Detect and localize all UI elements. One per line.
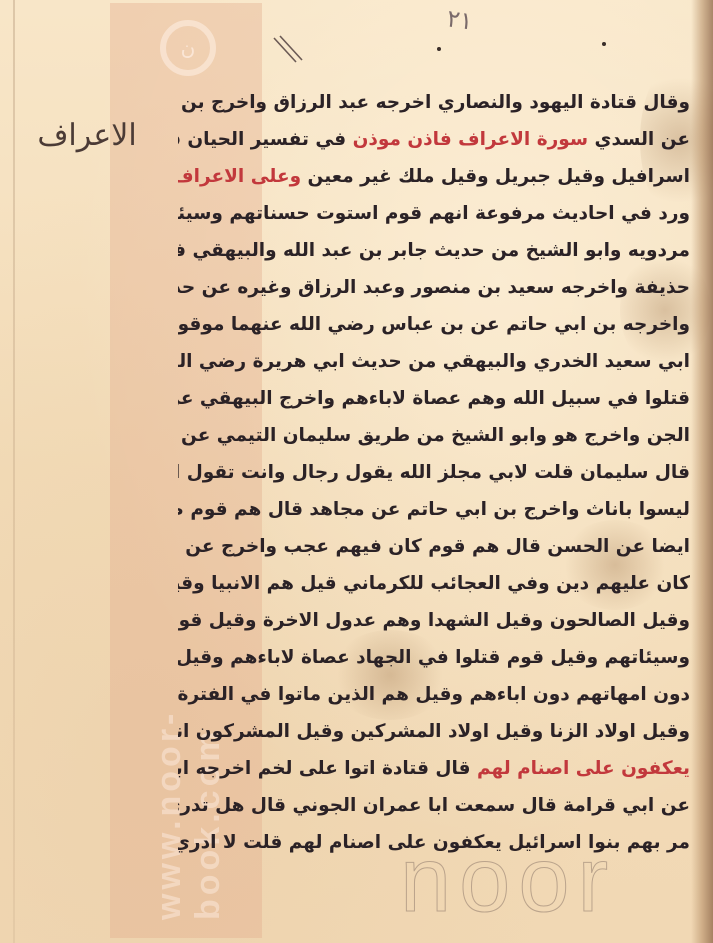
text-line: مردويه وابو الشيخ من حديث جابر بن عبد ال…: [178, 232, 690, 269]
line-text: كان عليهم دين وفي العجائب للكرماني قيل ه…: [178, 573, 690, 594]
text-line: عن السدي سورة الاعراف فاذن موذن في تفسير…: [178, 121, 690, 158]
line-text: الجن واخرج هو وابو الشيخ من طريق سليمان …: [178, 425, 690, 446]
line-text: في تفسير الحيان قيل هو: [178, 129, 353, 150]
line-text: عن السدي: [588, 129, 690, 150]
manuscript-page: ن www.noor-book.com ٢١ الاعراف وقال قتاد…: [0, 0, 713, 943]
line-text: دون امهاتهم دون اباءهم وقيل هم الذين مات…: [178, 684, 690, 705]
text-line: قتلوا في سبيل الله وهم عصاة لاباءهم واخر…: [178, 380, 690, 417]
watermark-logo-glyph: ن: [181, 36, 196, 60]
line-text: عن ابي قرامة قال سمعت ابا عمران الجوني ق…: [178, 795, 690, 816]
text-line: ليسوا باناث واخرج بن ابي حاتم عن مجاهد ق…: [178, 491, 690, 528]
text-line: ابي سعيد الخدري والبيهقي من حديث ابي هري…: [178, 343, 690, 380]
line-text: وسيئاتهم وقيل قوم قتلوا في الجهاد عصاة ل…: [178, 647, 690, 668]
line-text: ابي سعيد الخدري والبيهقي من حديث ابي هري…: [178, 351, 690, 372]
line-text: ليسوا باناث واخرج بن ابي حاتم عن مجاهد ق…: [178, 499, 690, 520]
line-text: ورد في احاديث مرفوعة انهم قوم استوت حسنا…: [178, 203, 690, 224]
line-text: قال سليمان قلت لابي مجلز الله يقول رجال …: [178, 462, 690, 483]
folio-number: ٢١: [445, 4, 474, 35]
ink-dot: [437, 47, 441, 51]
rubric-text: سورة الاعراف فاذن موذن: [353, 129, 588, 150]
text-line: اسرافيل وقيل جبريل وقيل ملك غير معين وعل…: [178, 158, 690, 195]
text-line: كان عليهم دين وفي العجائب للكرماني قيل ه…: [178, 565, 690, 602]
manuscript-text-block: وقال قتادة اليهود والنصاري اخرجه عبد الر…: [178, 84, 690, 861]
pen-marks-icon: [270, 32, 310, 72]
line-text: ايضا عن الحسن قال هم قوم كان فيهم عجب وا…: [178, 536, 690, 557]
line-text: مردويه وابو الشيخ من حديث جابر بن عبد ال…: [178, 240, 690, 261]
page-edge-shadow: [691, 0, 713, 943]
rubric-text: يعكفون على اصنام لهم: [477, 758, 690, 779]
text-line: ورد في احاديث مرفوعة انهم قوم استوت حسنا…: [178, 195, 690, 232]
rubric-text: وعلى الاعراف رجال: [178, 166, 301, 187]
text-line: عن ابي قرامة قال سمعت ابا عمران الجوني ق…: [178, 787, 690, 824]
text-line: واخرجه بن ابي حاتم عن بن عباس رضي الله ع…: [178, 306, 690, 343]
line-text: قتلوا في سبيل الله وهم عصاة لاباءهم واخر…: [178, 388, 690, 409]
margin-heading: الاعراف: [22, 118, 152, 153]
text-line: وقيل اولاد الزنا وقيل اولاد المشركين وقي…: [178, 713, 690, 750]
line-text: اسرافيل وقيل جبريل وقيل ملك غير معين: [301, 166, 690, 187]
text-line: وقيل الصالحون وقيل الشهدا وهم عدول الاخر…: [178, 602, 690, 639]
watermark-logo-icon: ن: [160, 20, 216, 76]
watermark-bottom-text: noor: [400, 845, 710, 915]
line-text: وقال قتادة اليهود والنصاري اخرجه عبد الر…: [178, 92, 690, 113]
text-line: دون امهاتهم دون اباءهم وقيل هم الذين مات…: [178, 676, 690, 713]
text-line: يعكفون على اصنام لهم قال قتادة اتوا على …: [178, 750, 690, 787]
ink-dot: [602, 42, 606, 46]
text-line: وقال قتادة اليهود والنصاري اخرجه عبد الر…: [178, 84, 690, 121]
text-line: ايضا عن الحسن قال هم قوم كان فيهم عجب وا…: [178, 528, 690, 565]
line-text: قال قتادة اتوا على لخم اخرجه ابن ابي حات…: [178, 758, 477, 779]
line-text: وقيل الصالحون وقيل الشهدا وهم عدول الاخر…: [178, 610, 690, 631]
text-line: قال سليمان قلت لابي مجلز الله يقول رجال …: [178, 454, 690, 491]
text-line: حذيفة واخرجه سعيد بن منصور وعبد الرزاق و…: [178, 269, 690, 306]
line-text: حذيفة واخرجه سعيد بن منصور وعبد الرزاق و…: [178, 277, 690, 298]
line-text: وقيل اولاد الزنا وقيل اولاد المشركين وقي…: [178, 721, 690, 742]
page-fold-line: [13, 0, 15, 943]
text-line: الجن واخرج هو وابو الشيخ من طريق سليمان …: [178, 417, 690, 454]
line-text: واخرجه بن ابي حاتم عن بن عباس رضي الله ع…: [178, 314, 690, 335]
text-line: وسيئاتهم وقيل قوم قتلوا في الجهاد عصاة ل…: [178, 639, 690, 676]
